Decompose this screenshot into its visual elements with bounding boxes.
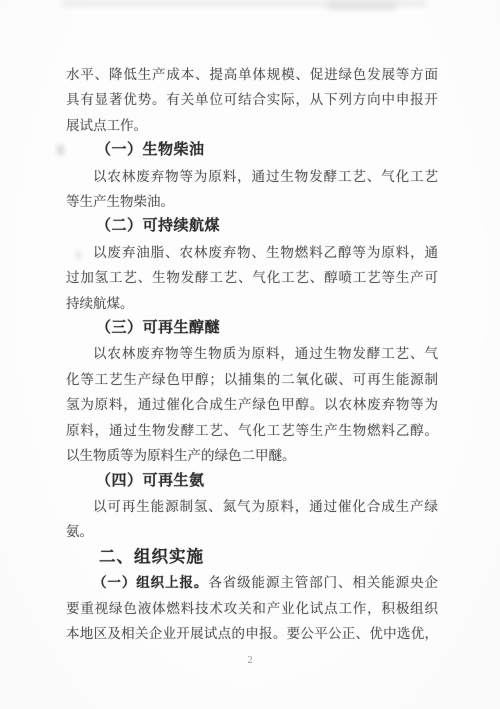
- text-line: 过加氢工艺、生物发酵工艺、气化工艺、醇喷工艺等生产可: [66, 265, 438, 290]
- text-line: 以生物质等为原料生产的绿色二甲醚。: [66, 443, 438, 468]
- text-line: 展试点工作。: [66, 113, 438, 138]
- sub-heading: （四）可再生氨: [66, 469, 438, 494]
- paragraph-lead: （一）组织上报。: [93, 575, 208, 590]
- scan-speck: [57, 145, 64, 155]
- text-line: 原料，通过生物发酵工艺、气化工艺等生产生物燃料乙醇。: [66, 418, 438, 443]
- text-line: 水平、降低生产成本、提高单体规模、促进绿色发展等方面: [66, 62, 438, 87]
- scanned-page: 水平、降低生产成本、提高单体规模、促进绿色发展等方面具有显著优势。有关单位可结合…: [0, 0, 500, 709]
- text-line: 以农林废弃物等为原料，通过生物发酵工艺、气化工艺: [66, 164, 438, 189]
- text-line: 等生产生物柴油。: [66, 189, 438, 214]
- text-span: 各省级能源主管部门、相关能源央企: [208, 575, 438, 590]
- sub-heading: （二）可持续航煤: [66, 214, 438, 239]
- text-line: 氢为原料，通过催化合成生产绿色甲醇。以农林废弃物等为: [66, 392, 438, 417]
- page-number: 2: [0, 655, 500, 666]
- text-line: 本地区及相关企业开展试点的申报。要公平公正、优中选优，: [66, 621, 438, 646]
- text-line: 以可再生能源制氢、氮气为原料，通过催化合成生产绿: [66, 494, 438, 519]
- sub-heading: （一）生物柴油: [66, 138, 438, 163]
- sub-heading: （三）可再生醇醚: [66, 316, 438, 341]
- text-line: 要重视绿色液体燃料技术攻关和产业化试点工作，积极组织: [66, 596, 438, 621]
- scan-smudge-top-right: [328, 1, 396, 10]
- text-line: 以废弃油脂、农林废弃物、生物燃料乙醇等为原料，通: [66, 240, 438, 265]
- section-heading: 二、组织实施: [66, 545, 438, 570]
- text-line: 具有显著优势。有关单位可结合实际，从下列方向中申报开: [66, 87, 438, 112]
- text-line: 持续航煤。: [66, 291, 438, 316]
- text-line: 以农林废弃物等生物质为原料，通过生物发酵工艺、气: [66, 341, 438, 366]
- text-line: （一）组织上报。各省级能源主管部门、相关能源央企: [66, 570, 438, 595]
- text-line: 化等工艺生产绿色甲醇；以捕集的二氧化碳、可再生能源制: [66, 367, 438, 392]
- text-line: 氨。: [66, 519, 438, 544]
- document-body: 水平、降低生产成本、提高单体规模、促进绿色发展等方面具有显著优势。有关单位可结合…: [66, 62, 438, 646]
